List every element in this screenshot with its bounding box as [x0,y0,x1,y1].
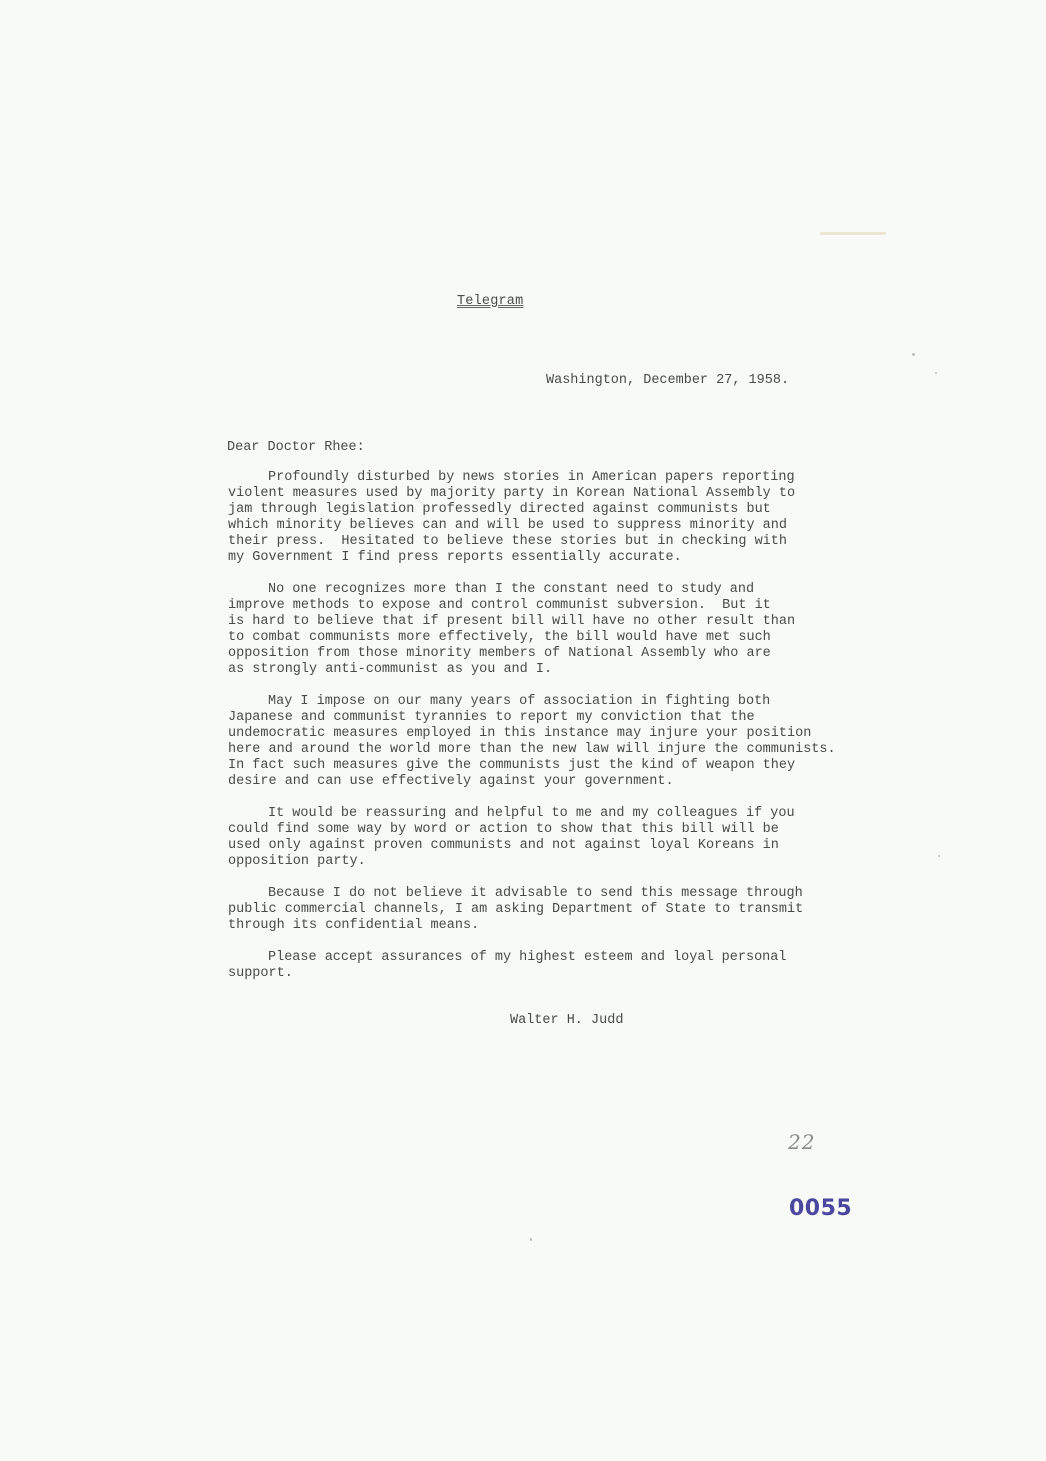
paragraph-text: It would be reassuring and helpful to me… [228,806,795,869]
paragraph: May I impose on our many years of associ… [228,694,848,790]
paper-speck [938,855,940,857]
paragraph-text: Profoundly disturbed by news stories in … [228,470,795,565]
letter-body: Profoundly disturbed by news stories in … [228,470,848,998]
paper-edge-strip [820,232,886,235]
paragraph: Because I do not believe it advisable to… [228,886,848,934]
signature: Walter H. Judd [510,1013,623,1028]
paragraph: Profoundly disturbed by news stories in … [228,470,848,566]
paragraph: Please accept assurances of my highest e… [228,950,848,982]
paragraph-text: Because I do not believe it advisable to… [228,886,803,933]
paper-speck [912,353,915,356]
paragraph: It would be reassuring and helpful to me… [228,806,848,870]
paper-speck [530,1238,532,1241]
folio-number: 22 [788,1130,815,1154]
paragraph-text: Please accept assurances of my highest e… [228,950,786,981]
archive-stamp-number: 0055 [789,1196,852,1221]
document-heading: Telegram [457,294,523,309]
paper-speck [935,372,937,374]
salutation: Dear Doctor Rhee: [227,440,365,455]
dateline: Washington, December 27, 1958. [546,373,789,388]
paragraph: No one recognizes more than I the consta… [228,582,848,678]
paragraph-text: May I impose on our many years of associ… [228,694,836,789]
paragraph-text: No one recognizes more than I the consta… [228,582,795,677]
